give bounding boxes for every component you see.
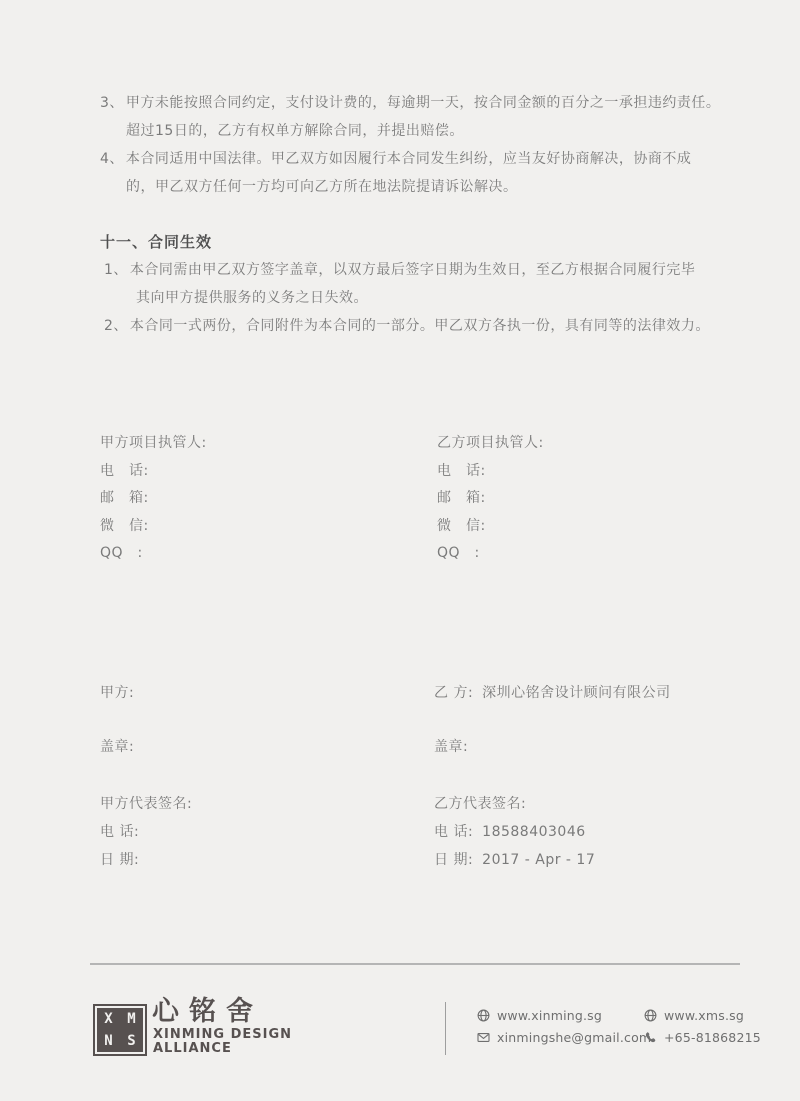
party-a-label: 甲方: (100, 684, 134, 702)
contract-page: 3、甲方未能按照合同约定，支付设计费的，每逾期一天，按合同金额的百分之一承担违约… (0, 0, 800, 1101)
section-eleven-title: 十一、合同生效 (100, 231, 212, 252)
party-b-seal-label: 盖章: (434, 738, 468, 756)
brand-name-english-line2: ALLIANCE (153, 1042, 232, 1055)
globe-icon (477, 1009, 490, 1022)
footer-vertical-divider (445, 1002, 446, 1055)
phone-icon (644, 1031, 657, 1044)
brand-name-english-line1: XINMING DESIGN (153, 1028, 292, 1041)
footer-email-text: xinmingshe@gmail.com (497, 1030, 651, 1045)
party-b-manager-title: 乙方项目执管人: (437, 430, 544, 458)
party-b-date-row: 日 期:2017 - Apr - 17 (434, 851, 595, 869)
party-b-email-label: 邮 箱: (437, 485, 544, 513)
party-b-date-value: 2017 - Apr - 17 (482, 852, 595, 868)
footer-divider (90, 963, 740, 965)
party-a-qq-label: QQ : (100, 540, 207, 568)
party-a-manager-title: 甲方项目执管人: (100, 430, 207, 458)
brand-name-chinese: 心铭舍 (152, 998, 263, 1026)
footer-website-2: www.xms.sg (644, 1007, 744, 1023)
party-a-date-row: 日 期: (100, 851, 139, 869)
party-a-email-label: 邮 箱: (100, 485, 207, 513)
xinming-logo-monogram: X M N S (97, 1008, 143, 1052)
party-b-phone-row: 电 话:18588403046 (434, 823, 586, 841)
top-clauses: 3、甲方未能按照合同约定，支付设计费的，每逾期一天，按合同金额的百分之一承担违约… (100, 89, 760, 201)
party-a-wechat-label: 微 信: (100, 513, 207, 541)
footer-phone: +65-81868215 (644, 1029, 761, 1045)
logo-glyph-n: N (104, 1034, 112, 1048)
sec11-clause-1-line-2: 其向甲方提供服务的义务之日失效。 (104, 284, 764, 312)
sec11-clause-1-marker: 1、 (104, 262, 130, 278)
sec11-clause-2-line-1: 2、本合同一式两份，合同附件为本合同的一部分。甲乙双方各执一份，具有同等的法律效… (104, 312, 764, 340)
party-a-sign-label: 甲方代表签名: (100, 795, 192, 813)
party-b-row: 乙 方:深圳心铭舍设计顾问有限公司 (434, 684, 671, 702)
footer-email: xinmingshe@gmail.com (477, 1029, 651, 1045)
footer-website-1-text: www.xinming.sg (497, 1008, 602, 1023)
party-b-company-name: 深圳心铭舍设计顾问有限公司 (482, 685, 671, 701)
logo-glyph-m: M (127, 1012, 135, 1026)
clause-4-text: 本合同适用中国法律。甲乙双方如因履行本合同发生纠纷，应当友好协商解决，协商不成 (126, 151, 692, 167)
party-b-manager-block: 乙方项目执管人: 电 话: 邮 箱: 微 信: QQ : (437, 430, 544, 568)
party-b-qq-label: QQ : (437, 540, 544, 568)
logo-glyph-x: X (104, 1012, 112, 1026)
clause-3-line-2: 超过15日的，乙方有权单方解除合同，并提出赔偿。 (100, 117, 760, 145)
party-b-phone-label: 电 话: (434, 824, 473, 840)
party-a-phone-row: 电 话: (100, 823, 139, 841)
clause-4-marker: 4、 (100, 151, 126, 167)
party-b-phone-label: 电 话: (437, 458, 544, 486)
xinming-logo: X M N S (93, 1004, 147, 1056)
clause-4-line-1: 4、本合同适用中国法律。甲乙双方如因履行本合同发生纠纷，应当友好协商解决，协商不… (100, 145, 760, 173)
party-b-label: 乙 方: (434, 685, 473, 701)
globe-icon (644, 1009, 657, 1022)
sec11-clause-1-text: 本合同需由甲乙双方签字盖章，以双方最后签字日期为生效日，至乙方根据合同履行完毕 (130, 262, 696, 278)
footer-website-2-text: www.xms.sg (664, 1008, 744, 1023)
clause-4-line-2: 的，甲乙双方任何一方均可向乙方所在地法院提请诉讼解决。 (100, 173, 760, 201)
party-b-date-label: 日 期: (434, 852, 473, 868)
clause-3-marker: 3、 (100, 95, 126, 111)
party-a-manager-block: 甲方项目执管人: 电 话: 邮 箱: 微 信: QQ : (100, 430, 207, 568)
footer-website-1: www.xinming.sg (477, 1007, 602, 1023)
sec11-clause-2-text: 本合同一式两份，合同附件为本合同的一部分。甲乙双方各执一份，具有同等的法律效力。 (130, 318, 710, 334)
mail-icon (477, 1031, 490, 1044)
party-b-phone-value: 18588403046 (482, 824, 585, 840)
sec11-clause-1-line-1: 1、本合同需由甲乙双方签字盖章，以双方最后签字日期为生效日，至乙方根据合同履行完… (104, 256, 764, 284)
logo-glyph-s: S (127, 1034, 135, 1048)
party-b-wechat-label: 微 信: (437, 513, 544, 541)
party-a-phone-label: 电 话: (100, 458, 207, 486)
party-b-sign-label: 乙方代表签名: (434, 795, 526, 813)
footer-phone-text: +65-81868215 (664, 1030, 761, 1045)
sec11-clause-2-marker: 2、 (104, 318, 130, 334)
clause-3-line-1: 3、甲方未能按照合同约定，支付设计费的，每逾期一天，按合同金额的百分之一承担违约… (100, 89, 760, 117)
party-a-seal-label: 盖章: (100, 738, 134, 756)
section-eleven-clauses: 1、本合同需由甲乙双方签字盖章，以双方最后签字日期为生效日，至乙方根据合同履行完… (104, 256, 764, 340)
clause-3-text: 甲方未能按照合同约定，支付设计费的，每逾期一天，按合同金额的百分之一承担违约责任… (126, 95, 721, 111)
